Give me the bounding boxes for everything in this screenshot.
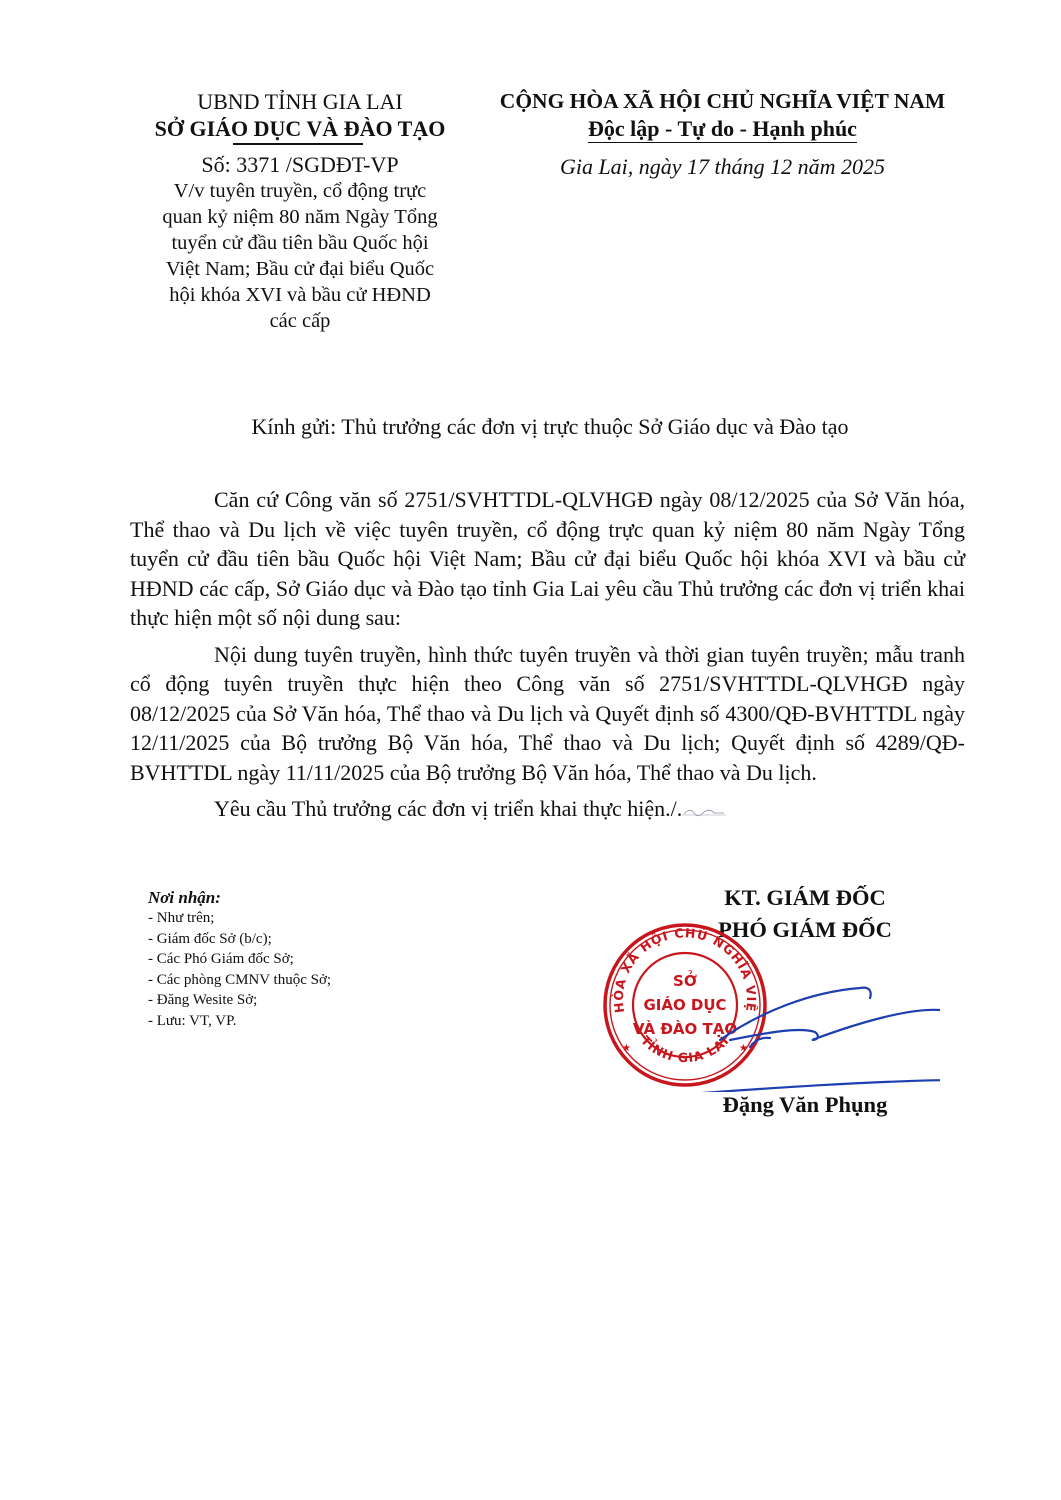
parent-organization: UBND TỈNH GIA LAI xyxy=(130,88,470,115)
signing-authority: KT. GIÁM ĐỐC xyxy=(600,882,940,914)
distribution-item: - Như trên; xyxy=(148,908,388,929)
distribution-item: - Các Phó Giám đốc Sở; xyxy=(148,949,388,970)
initials-mark-icon xyxy=(682,805,726,817)
organization-name: SỞ GIÁO DỤC VÀ ĐÀO TẠO xyxy=(130,115,470,142)
closing-text: Yêu cầu Thủ trưởng các đơn vị triển khai… xyxy=(214,796,682,821)
signer-name: Đặng Văn Phụng xyxy=(600,1092,940,1118)
subject-line: các cấp xyxy=(130,308,470,334)
place-and-date: Gia Lai, ngày 17 tháng 12 năm 2025 xyxy=(475,153,970,180)
national-motto: Độc lập - Tự do - Hạnh phúc xyxy=(588,115,857,143)
distribution-list: Nơi nhận: - Như trên; - Giám đốc Sở (b/c… xyxy=(148,888,388,1031)
body-paragraph: Căn cứ Công văn số 2751/SVHTTDL-QLVHGĐ n… xyxy=(130,485,965,633)
recipient-line: Kính gửi: Thủ trưởng các đơn vị trực thu… xyxy=(130,412,970,442)
document-number: Số: 3371 /SGDĐT-VP xyxy=(130,151,470,178)
issuing-authority-block: UBND TỈNH GIA LAI SỞ GIÁO DỤC VÀ ĐÀO TẠO… xyxy=(130,88,470,334)
organization-underline xyxy=(233,143,363,145)
distribution-item: - Giám đốc Sở (b/c); xyxy=(148,929,388,950)
distribution-item: - Các phòng CMNV thuộc Sở; xyxy=(148,970,388,991)
svg-text:★: ★ xyxy=(622,1043,631,1054)
distribution-title: Nơi nhận: xyxy=(148,888,388,908)
handwritten-signature-icon xyxy=(640,922,940,1092)
subject-line: Việt Nam; Bầu cử đại biểu Quốc xyxy=(130,256,470,282)
subject-line: quan kỷ niệm 80 năm Ngày Tổng xyxy=(130,204,470,230)
subject-line: V/v tuyên truyền, cổ động trực xyxy=(130,178,470,204)
national-title: CỘNG HÒA XÃ HỘI CHỦ NGHĨA VIỆT NAM xyxy=(475,88,970,115)
signature-block: KT. GIÁM ĐỐC PHÓ GIÁM ĐỐC CỘNG HÒA XÃ HỘ… xyxy=(600,882,940,946)
document-body: Căn cứ Công văn số 2751/SVHTTDL-QLVHGĐ n… xyxy=(130,485,965,831)
subject-line: tuyển cử đầu tiên bầu Quốc hội xyxy=(130,230,470,256)
subject-line: hội khóa XVI và bầu cử HĐND xyxy=(130,282,470,308)
document-subject: V/v tuyên truyền, cổ động trực quan kỷ n… xyxy=(130,178,470,334)
body-paragraph-closing: Yêu cầu Thủ trưởng các đơn vị triển khai… xyxy=(130,794,965,824)
national-header-block: CỘNG HÒA XÃ HỘI CHỦ NGHĨA VIỆT NAM Độc l… xyxy=(475,88,970,180)
distribution-item: - Đăng Wesite Sở; xyxy=(148,990,388,1011)
distribution-item: - Lưu: VT, VP. xyxy=(148,1011,388,1032)
body-paragraph: Nội dung tuyên truyền, hình thức tuyên t… xyxy=(130,640,965,788)
